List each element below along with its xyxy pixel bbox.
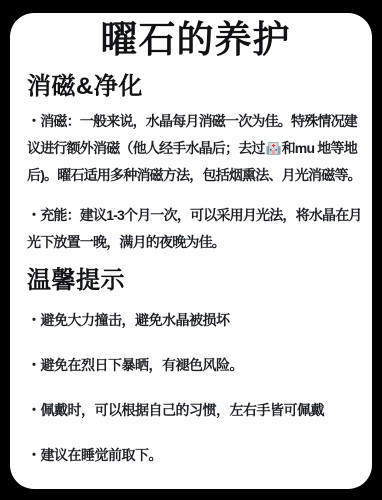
care-card: 曜石的养护 消磁&净化 ・消磁：一般来说，水晶每月消磁一次为佳。特殊情况建议进行… bbox=[10, 13, 372, 489]
tip-avoid-sunlight: ・避免在烈日下暴晒，有褪色风险。 bbox=[27, 355, 364, 376]
poster: 曜石的养护 消磁&净化 ・消磁：一般来说，水晶每月消磁一次为佳。特殊情况建议进行… bbox=[0, 0, 382, 500]
charge-paragraph: ・充能：建议1-3个月一次，可以采用月光法，将水晶在月光下放置一晚，满月的夜晚为… bbox=[27, 202, 364, 256]
demagnetize-paragraph: ・消磁：一般来说，水晶每月消磁一次为佳。特殊情况建议进行额外消磁（他人经手水晶后… bbox=[27, 108, 364, 189]
page-title: 曜石的养护 bbox=[27, 20, 364, 59]
section-heading-tips: 温馨提示 bbox=[27, 269, 364, 293]
tip-remove-before-sleep: ・建议在睡觉前取下。 bbox=[27, 445, 364, 466]
tip-avoid-impact: ・避免大力撞击，避免水晶被损坏 bbox=[27, 310, 364, 331]
section-heading-demagnetize: 消磁&净化 bbox=[27, 75, 364, 99]
tip-wearing-hand: ・佩戴时，可以根据自己的习惯，左右手皆可佩戴 bbox=[27, 400, 364, 421]
hospital-emoji-icon bbox=[266, 140, 281, 155]
